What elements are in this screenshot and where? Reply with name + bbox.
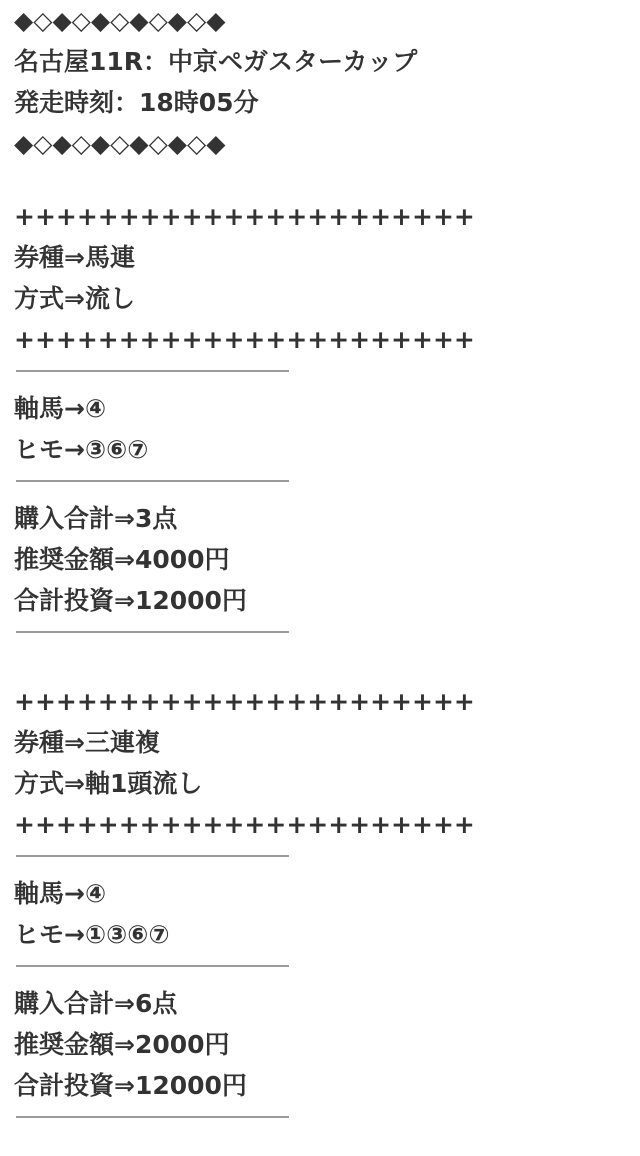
bet-method: 方式⇒軸1頭流し — [14, 763, 640, 804]
plus-border-bottom: ++++++++++++++++++++++ — [14, 319, 640, 360]
betting-tips-page: ◆◇◆◇◆◇◆◇◆◇◆ 名古屋11R：中京ペガスターカップ 発走時刻：18時05… — [0, 0, 640, 1118]
diamond-border-top: ◆◇◆◇◆◇◆◇◆◇◆ — [14, 0, 640, 41]
bet-method: 方式⇒流し — [14, 278, 640, 319]
bet-section-sanrenpuku: ++++++++++++++++++++++ 券種⇒三連複 方式⇒軸1頭流し +… — [14, 681, 640, 1118]
purchase-total: 購入合計⇒3点 — [14, 498, 640, 539]
divider-line — [16, 1116, 289, 1118]
divider-line — [16, 965, 289, 967]
recommended-amount: 推奨金額⇒2000円 — [14, 1024, 640, 1065]
axis-horse: 軸馬→④ — [14, 873, 640, 914]
total-investment: 合計投資⇒12000円 — [14, 1065, 640, 1106]
divider-line — [16, 631, 289, 633]
ticket-type: 券種⇒三連複 — [14, 722, 640, 763]
plus-border-bottom: ++++++++++++++++++++++ — [14, 804, 640, 845]
plus-border-top: ++++++++++++++++++++++ — [14, 196, 640, 237]
ticket-type: 券種⇒馬連 — [14, 237, 640, 278]
diamond-border-bottom: ◆◇◆◇◆◇◆◇◆◇◆ — [14, 123, 640, 164]
start-time: 発走時刻：18時05分 — [14, 82, 640, 123]
recommended-amount: 推奨金額⇒4000円 — [14, 539, 640, 580]
purchase-total: 購入合計⇒6点 — [14, 983, 640, 1024]
himo-horses: ヒモ→①③⑥⑦ — [14, 914, 640, 955]
divider-line — [16, 370, 289, 372]
race-header: ◆◇◆◇◆◇◆◇◆◇◆ 名古屋11R：中京ペガスターカップ 発走時刻：18時05… — [14, 0, 640, 164]
total-investment: 合計投資⇒12000円 — [14, 580, 640, 621]
bet-section-umaren: ++++++++++++++++++++++ 券種⇒馬連 方式⇒流し +++++… — [14, 196, 640, 633]
divider-line — [16, 480, 289, 482]
axis-horse: 軸馬→④ — [14, 388, 640, 429]
himo-horses: ヒモ→③⑥⑦ — [14, 429, 640, 470]
plus-border-top: ++++++++++++++++++++++ — [14, 681, 640, 722]
divider-line — [16, 855, 289, 857]
race-title: 名古屋11R：中京ペガスターカップ — [14, 41, 640, 82]
